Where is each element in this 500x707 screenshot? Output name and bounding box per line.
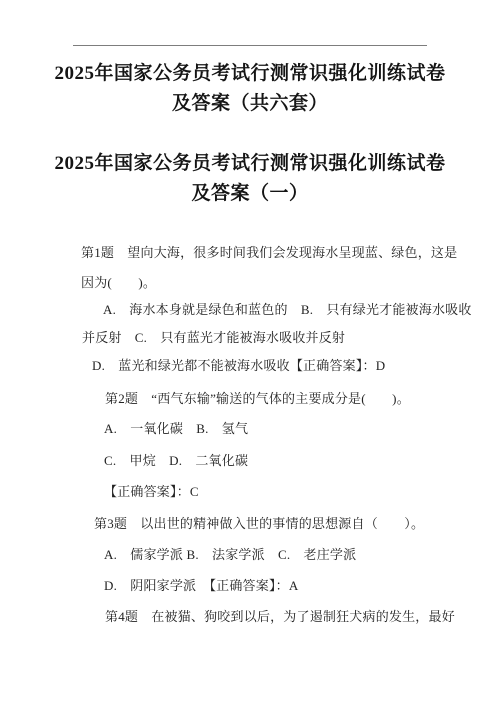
q2-options-c-d: C. 甲烷 D. 二氧化碳 (104, 453, 248, 469)
q1-stem-line1: 第1题 望向大海，很多时间我们会发现海水呈现蓝、绿色，这是 (81, 245, 457, 261)
q3-options-a-b-c: A. 儒家学派 B. 法家学派 C. 老庄学派 (104, 547, 356, 563)
section-title: 2025年国家公务员考试行测常识强化训练试卷 及答案（一） (0, 149, 500, 209)
main-title: 2025年国家公务员考试行测常识强化训练试卷 及答案（共六套） (0, 59, 500, 119)
q1-options-a-b: A. 海水本身就是绿色和蓝色的 B. 只有绿光才能被海水吸收 (103, 302, 472, 318)
document-page: 2025年国家公务员考试行测常识强化训练试卷 及答案（共六套） 2025年国家公… (0, 0, 500, 707)
main-title-line2: 及答案（共六套） (0, 89, 500, 119)
q2-options-a-b: A. 一氧化碳 B. 氢气 (104, 421, 248, 437)
q1-options-c: 并反射 C. 只有蓝光才能被海水吸收并反射 (82, 330, 345, 346)
q2-stem: 第2题 “西气东输”输送的气体的主要成分是( )。 (105, 391, 410, 407)
q3-stem: 第3题 以出世的精神做入世的事情的思想源自（ ）。 (94, 516, 424, 532)
section-title-line1: 2025年国家公务员考试行测常识强化训练试卷 (0, 149, 500, 179)
main-title-line1: 2025年国家公务员考试行测常识强化训练试卷 (0, 59, 500, 89)
q4-stem: 第4题 在被猫、狗咬到以后，为了遏制狂犬病的发生，最好 (105, 609, 455, 625)
q1-option-d-answer: D. 蓝光和绿光都不能被海水吸收【正确答案】：D (92, 358, 385, 374)
q3-option-d-answer: D. 阴阳家学派 【正确答案】：A (104, 578, 298, 594)
section-title-line2: 及答案（一） (0, 179, 500, 209)
q2-answer: 【正确答案】：C (104, 484, 199, 500)
header-divider-line (73, 45, 427, 46)
q1-stem-line2: 因为( )。 (81, 275, 156, 291)
